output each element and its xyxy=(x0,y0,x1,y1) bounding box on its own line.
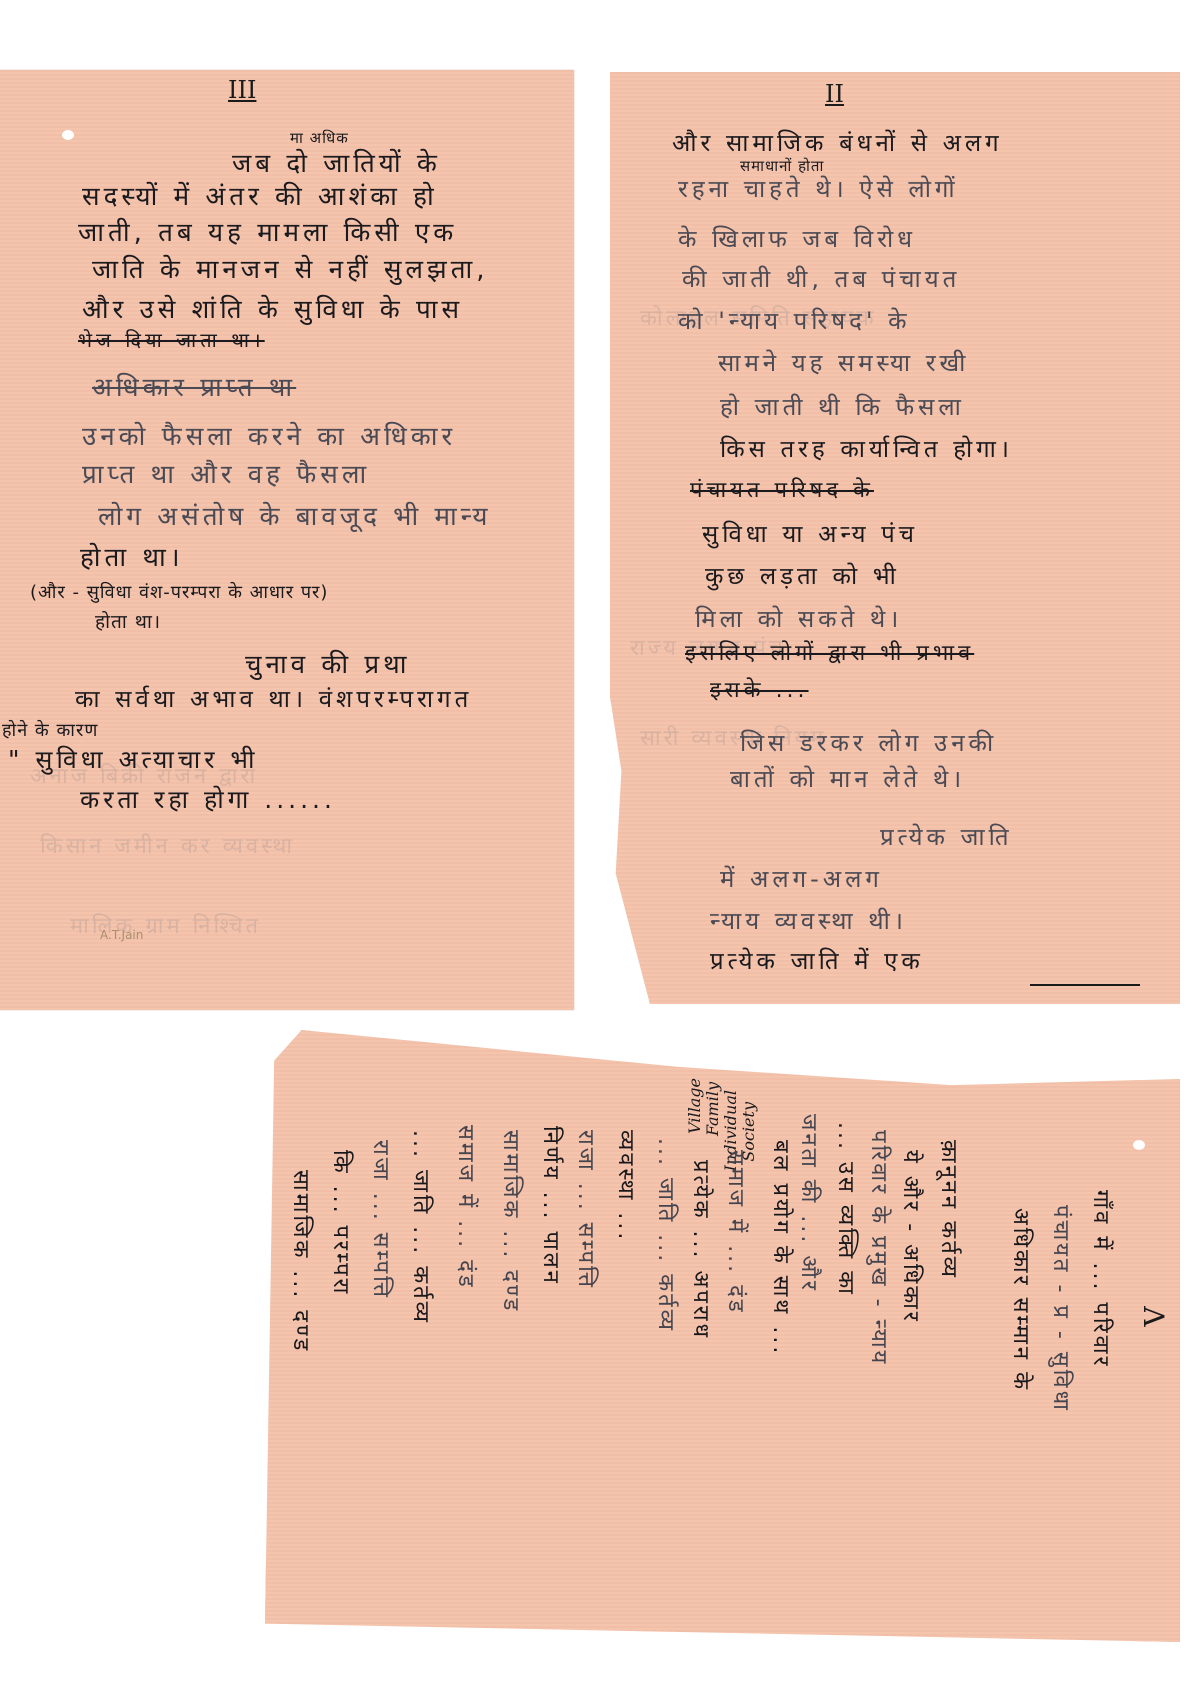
text-line: सदस्यों में अंतर की आशंका हो xyxy=(82,177,438,213)
manuscript-page-5: V Village Family Individual Society गाँव… xyxy=(265,1030,1180,1642)
vertical-text-column: समाज में ... दंड xyxy=(450,1125,480,1290)
page-number: II xyxy=(825,80,844,108)
text-line: कुछ लड़ता को भी xyxy=(705,559,900,592)
manuscript-page-2: II कोलाहल समिति सहायक राज्य लगान पंच सार… xyxy=(610,72,1180,1004)
text-line: प्रत्येक जाति xyxy=(880,820,1013,853)
section-heading: चुनाव की प्रथा xyxy=(245,645,411,681)
vertical-text-column: अधिकार सम्मान के xyxy=(1005,1208,1035,1392)
text-line: की जाती थी, तब पंचायत xyxy=(682,262,960,295)
text-line: मिला को सकते थे। xyxy=(695,602,902,635)
bleed-through-text: मालिक ग्राम निश्चित xyxy=(70,910,261,940)
text-line: हो जाती थी कि फैसला xyxy=(720,390,965,423)
text-line: जिस डरकर लोग उनकी xyxy=(740,726,997,759)
bleed-through-text: किसान जमीन कर व्यवस्था xyxy=(40,830,295,860)
text-line: न्याय व्यवस्था थी। xyxy=(710,904,907,937)
punch-hole xyxy=(62,130,74,140)
text-line: भेज दिया जाता था। xyxy=(78,326,265,353)
vertical-text-column: राजा ... सम्पत्ति xyxy=(365,1140,395,1300)
continuation-arrow xyxy=(1030,984,1140,986)
vertical-text-column: परिवार के प्रमुख - न्याय xyxy=(863,1130,893,1366)
text-line: किस तरह कार्यान्वित होगा। xyxy=(720,432,1013,465)
struck-text-line: इसलिए लोगों द्वारा भी प्रभाव xyxy=(685,637,974,667)
text-line: को 'न्याय परिषद' के xyxy=(678,304,911,337)
text-line: जाति के मानजन से नहीं सुलझता, xyxy=(92,250,489,286)
struck-text-line: पंचायत परिषद के xyxy=(690,474,874,504)
vertical-text-column: ... जाति ... कर्तव्य xyxy=(405,1130,435,1325)
text-line: लोग असंतोष के बावजूद भी मान्य xyxy=(98,497,492,533)
text-line: और सामाजिक बंधनों से अलग xyxy=(672,126,1003,159)
struck-text-line: इसके ... xyxy=(710,674,809,704)
text-line: में अलग-अलग xyxy=(720,862,883,895)
insertion-note: होने के कारण xyxy=(2,718,98,742)
vertical-text-column: सामाजिक ... दण्ड xyxy=(285,1170,315,1353)
text-line: होता था। xyxy=(95,608,161,634)
text-line: होता था। xyxy=(80,538,184,574)
text-line: जब दो जातियों के xyxy=(232,144,441,180)
text-line: (और - सुविधा वंश-परम्परा के आधार पर) xyxy=(30,580,328,604)
text-line: बातों को मान लेते थे। xyxy=(730,762,965,795)
vertical-text-column: गाँव में ... परिवार xyxy=(1085,1190,1115,1369)
vertical-text-column: राजा ... सम्पत्ति xyxy=(570,1130,600,1290)
vertical-text-column: कि ... परम्परा xyxy=(325,1150,355,1296)
struck-text-line: अधिकार प्राप्त था xyxy=(92,368,296,404)
vertical-text-column: क़ानूनन कर्तव्य xyxy=(933,1140,963,1280)
margin-note-village: Village xyxy=(685,1078,704,1134)
page-number: V xyxy=(1139,1306,1172,1326)
vertical-text-column: प्रत्येक ... अपराध xyxy=(685,1160,715,1340)
text-line: करता रहा होगा ...... xyxy=(80,782,336,816)
vertical-text-column: बल प्रयोग के साथ ... xyxy=(765,1140,795,1356)
vertical-text-column: निर्णय ... पालन xyxy=(535,1126,565,1286)
text-line: रहना चाहते थे। ऐसे लोगों xyxy=(678,172,959,205)
vertical-text-column: सामाजिक ... दण्ड xyxy=(495,1130,525,1313)
text-line: जाती, तब यह मामला किसी एक xyxy=(78,213,457,249)
vertical-text-column: ये और - अधिकार xyxy=(895,1150,925,1324)
vertical-text-column: व्यवस्था ... xyxy=(610,1130,640,1242)
stamp-mark: A.T.Jain xyxy=(100,928,143,942)
vertical-text-column: ... उस व्यक्ति का xyxy=(830,1122,860,1297)
page-number: III xyxy=(228,76,256,104)
manuscript-page-3: III अनाज बिक्री राजन द्वारा किसान जमीन क… xyxy=(0,70,574,1010)
vertical-text-column: जनता की ... और xyxy=(793,1114,823,1293)
vertical-text-column: ... जाति ... कर्तव्य xyxy=(650,1138,680,1333)
text-line: सामने यह समस्या रखी xyxy=(718,346,969,379)
text-line: सुविधा या अन्य पंच xyxy=(702,517,918,550)
text-line: का सर्वथा अभाव था। वंशपरम्परागत xyxy=(75,682,472,715)
text-line: " सुविधा अत्याचार भी xyxy=(8,742,258,776)
margin-note-family: Family xyxy=(703,1082,722,1136)
text-line: के खिलाफ जब विरोध xyxy=(678,222,916,255)
punch-hole xyxy=(1133,1140,1145,1150)
vertical-text-column: पंचायत - प्र - सुविधा xyxy=(1045,1205,1075,1413)
text-line: प्राप्त था और वह फैसला xyxy=(82,455,370,491)
vertical-text-column: समाज में ... दंड xyxy=(720,1150,750,1315)
text-line: प्रत्येक जाति में एक xyxy=(710,944,924,977)
text-line: उनको फैसला करने का अधिकार xyxy=(82,417,456,453)
text-line: और उसे शांति के सुविधा के पास xyxy=(82,290,463,326)
